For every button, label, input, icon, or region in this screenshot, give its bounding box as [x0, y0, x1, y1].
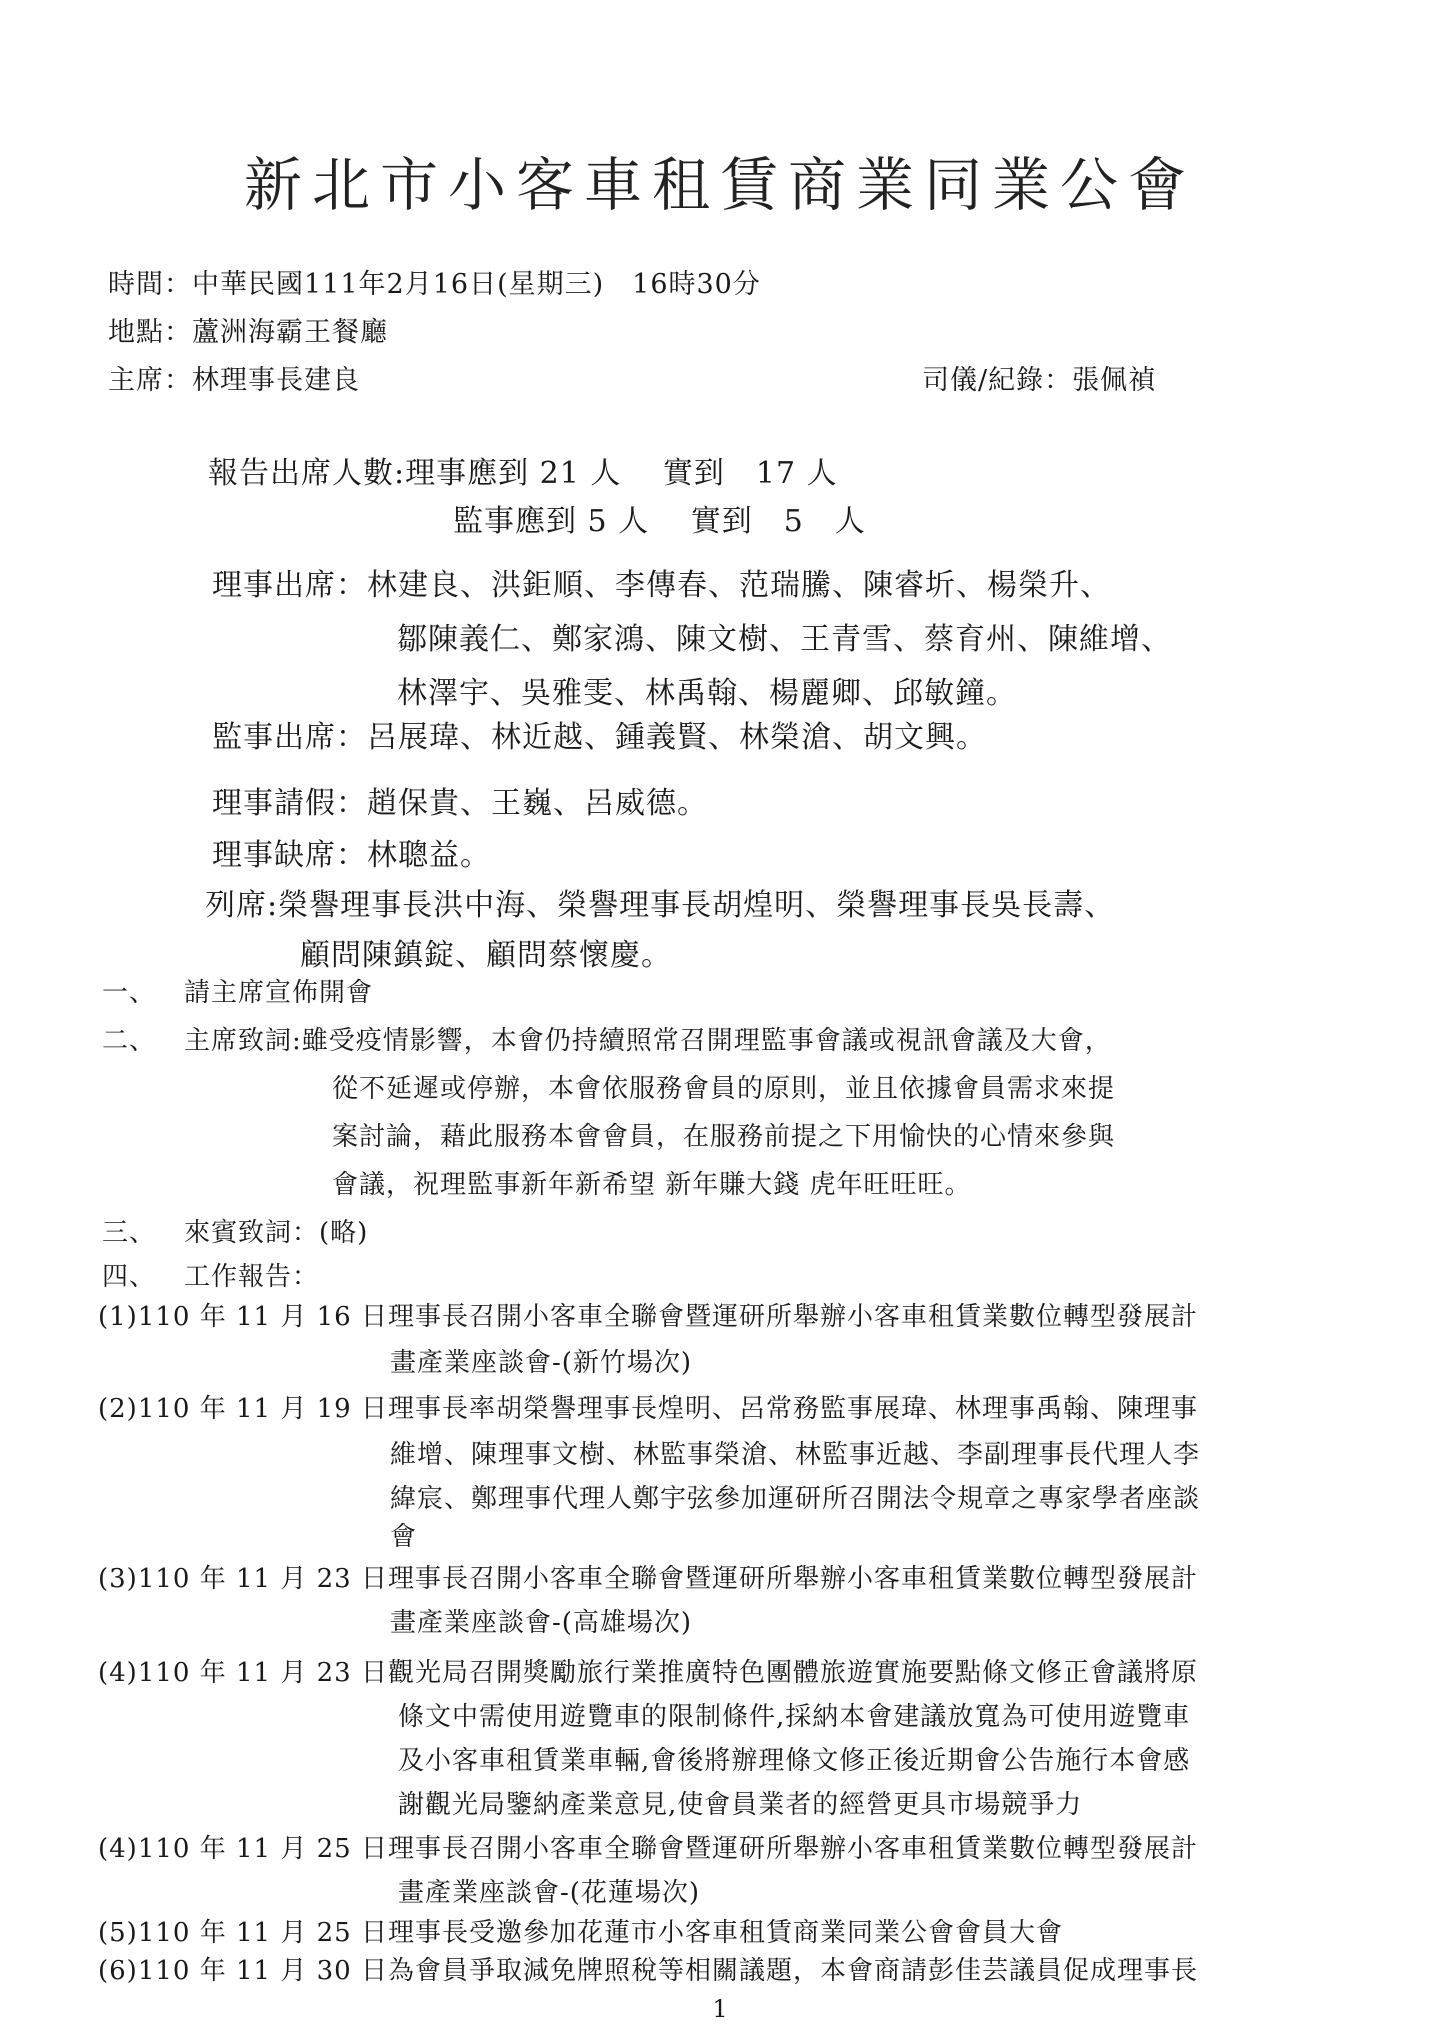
agenda-item-4: 四、工作報告： — [102, 1256, 319, 1293]
agenda-speech-line: 案討論，藉此服務本會會員，在服務前提之下用愉快的心情來參與 — [332, 1116, 1115, 1153]
report-line: 條文中需使用遊覽車的限制條件,採納本會建議放寬為可使用遊覽車 — [398, 1696, 1190, 1733]
directors-leave-list: 趙保貴、王巍、呂威德。 — [367, 786, 708, 821]
report-line: 理事長召開小客車全聯會暨運研所舉辦小客車租賃業數位轉型發展計 — [388, 1834, 1198, 1864]
meeting-chair: 主席：林理事長建良 — [108, 358, 360, 397]
chair-label: 主席： — [108, 365, 192, 396]
attendance-directors: 報告出席人數:理事應到 21 人 實到 17 人 — [208, 448, 838, 492]
supervisors-count-line: 監事應到 5 人 實到 5 人 — [453, 496, 866, 540]
observers: 列席:榮譽理事長洪中海、榮譽理事長胡煌明、榮譽理事長吳長壽、 — [205, 880, 1115, 924]
report-line: 理事長召開小客車全聯會暨運研所舉辦小客車租賃業數位轉型發展計 — [388, 1302, 1198, 1332]
report-line: 謝觀光局鑒納產業意見,使會員業者的經營更具市場競爭力 — [398, 1784, 1082, 1821]
report-item-4: (4)110 年 11 月 23 日觀光局召開獎勵旅行業推廣特色團體旅遊實施要點… — [98, 1652, 1198, 1689]
agenda-number: 一、 — [102, 972, 184, 1009]
report-line: 及小客車租賃業車輛,會後將辦理條文修正後近期會公告施行本會感 — [398, 1740, 1190, 1777]
meeting-place: 地點：蘆洲海霸王餐廳 — [108, 310, 388, 349]
report-item-1: (1)110 年 11 月 16 日理事長召開小客車全聯會暨運研所舉辦小客車租賃… — [98, 1296, 1198, 1333]
agenda-item-2: 二、主席致詞:雖受疫情影響，本會仍持續照常召開理監事會議或視訊會議及大會， — [102, 1020, 1112, 1057]
report-line: 畫產業座談會-(高雄場次) — [390, 1602, 692, 1639]
place-value: 蘆洲海霸王餐廳 — [192, 317, 388, 348]
agenda-label: 主席致詞: — [184, 1026, 302, 1056]
document-title: 新北市小客車租賃商業同業公會 — [0, 138, 1440, 222]
page-number: 1 — [0, 1995, 1440, 2023]
time-value: 中華民國111年2月16日(星期三) 16時30分 — [192, 269, 761, 300]
directors-absent-list: 林聰益。 — [367, 838, 491, 873]
supervisors-present-list: 呂展瑋、林近越、鍾義賢、林榮滄、胡文興。 — [367, 720, 987, 755]
directors-absent: 理事缺席：林聰益。 — [212, 830, 491, 874]
report-date: (1)110 年 11 月 16 日 — [98, 1302, 388, 1332]
observers-line: 榮譽理事長洪中海、榮譽理事長胡煌明、榮譽理事長吳長壽、 — [278, 888, 1115, 923]
meeting-time: 時間：中華民國111年2月16日(星期三) 16時30分 — [108, 262, 761, 301]
report-line: 理事長受邀參加花蓮市小客車租賃商業同業公會會員大會 — [388, 1918, 1063, 1948]
directors-present: 理事出席：林建良、洪鉅順、李傳春、范瑞騰、陳睿圻、楊榮升、 — [212, 560, 1111, 604]
meeting-recorder: 司儀/紀錄：張佩禎 — [922, 358, 1156, 397]
report-item-5: (4)110 年 11 月 25 日理事長召開小客車全聯會暨運研所舉辦小客車租賃… — [98, 1828, 1198, 1865]
chair-value: 林理事長建良 — [192, 365, 360, 396]
supervisors-present: 監事出席：呂展瑋、林近越、鍾義賢、林榮滄、胡文興。 — [212, 712, 987, 756]
directors-present-label: 理事出席： — [212, 568, 367, 603]
observers-line: 顧問陳鎮錠、顧問蔡懷慶。 — [300, 930, 672, 974]
report-date: (6)110 年 11 月 30 日 — [98, 1956, 388, 1986]
observers-label: 列席: — [205, 888, 278, 923]
agenda-speech-line: 雖受疫情影響，本會仍持續照常召開理監事會議或視訊會議及大會， — [302, 1026, 1112, 1056]
agenda-text: 工作報告： — [184, 1262, 319, 1292]
directors-absent-label: 理事缺席： — [212, 838, 367, 873]
report-line: 維增、陳理事文樹、林監事榮滄、林監事近越、李副理事長代理人李 — [390, 1434, 1200, 1471]
report-line: 理事長召開小客車全聯會暨運研所舉辦小客車租賃業數位轉型發展計 — [388, 1564, 1198, 1594]
directors-present-line: 林建良、洪鉅順、李傳春、范瑞騰、陳睿圻、楊榮升、 — [367, 568, 1111, 603]
time-label: 時間： — [108, 269, 192, 300]
directors-present-line: 林澤宇、吳雅雯、林禹翰、楊麗卿、邱敏鐘。 — [397, 668, 1017, 712]
report-line: 畫產業座談會-(花蓮場次) — [398, 1872, 700, 1909]
agenda-text: 來賓致詞：(略) — [184, 1218, 368, 1248]
agenda-number: 四、 — [102, 1256, 184, 1293]
supervisors-present-label: 監事出席： — [212, 720, 367, 755]
report-date: (2)110 年 11 月 19 日 — [98, 1394, 388, 1424]
report-line: 緯宸、鄭理事代理人鄭宇弦參加運研所召開法令規章之專家學者座談 — [390, 1478, 1200, 1515]
agenda-number: 二、 — [102, 1020, 184, 1057]
report-line: 畫產業座談會-(新竹場次) — [390, 1342, 692, 1379]
agenda-text: 請主席宣佈開會 — [184, 978, 373, 1008]
report-date: (4)110 年 11 月 25 日 — [98, 1834, 388, 1864]
report-date: (5)110 年 11 月 25 日 — [98, 1918, 388, 1948]
directors-leave-label: 理事請假： — [212, 786, 367, 821]
report-line: 為會員爭取減免牌照稅等相關議題，本會商請彭佳芸議員促成理事長 — [388, 1956, 1198, 1986]
report-line: 觀光局召開獎勵旅行業推廣特色團體旅遊實施要點條文修正會議將原 — [388, 1658, 1198, 1688]
directors-count-line: 理事應到 21 人 實到 17 人 — [405, 456, 838, 491]
report-date: (4)110 年 11 月 23 日 — [98, 1658, 388, 1688]
report-item-2: (2)110 年 11 月 19 日理事長率胡榮譽理事長煌明、呂常務監事展瑋、林… — [98, 1388, 1198, 1425]
directors-leave: 理事請假：趙保貴、王巍、呂威德。 — [212, 778, 708, 822]
attendance-report-label: 報告出席人數: — [208, 456, 405, 491]
place-label: 地點： — [108, 317, 192, 348]
agenda-item-3: 三、來賓致詞：(略) — [102, 1212, 368, 1249]
report-date: (3)110 年 11 月 23 日 — [98, 1564, 388, 1594]
agenda-speech-line: 會議，祝理監事新年新希望 新年賺大錢 虎年旺旺旺。 — [332, 1164, 972, 1201]
recorder-label: 司儀/紀錄： — [922, 365, 1072, 396]
report-item-7: (6)110 年 11 月 30 日為會員爭取減免牌照稅等相關議題，本會商請彭佳… — [98, 1950, 1198, 1987]
report-line: 會 — [390, 1516, 417, 1553]
directors-present-line: 鄒陳義仁、鄭家鴻、陳文樹、王青雪、蔡育州、陳維增、 — [397, 614, 1172, 658]
agenda-number: 三、 — [102, 1212, 184, 1249]
report-item-6: (5)110 年 11 月 25 日理事長受邀參加花蓮市小客車租賃商業同業公會會… — [98, 1912, 1063, 1949]
agenda-item-1: 一、請主席宣佈開會 — [102, 972, 373, 1009]
report-line: 理事長率胡榮譽理事長煌明、呂常務監事展瑋、林理事禹翰、陳理事 — [388, 1394, 1198, 1424]
agenda-speech-line: 從不延遲或停辦，本會依服務會員的原則，並且依據會員需求來提 — [332, 1068, 1115, 1105]
report-item-3: (3)110 年 11 月 23 日理事長召開小客車全聯會暨運研所舉辦小客車租賃… — [98, 1558, 1198, 1595]
recorder-value: 張佩禎 — [1072, 365, 1156, 396]
